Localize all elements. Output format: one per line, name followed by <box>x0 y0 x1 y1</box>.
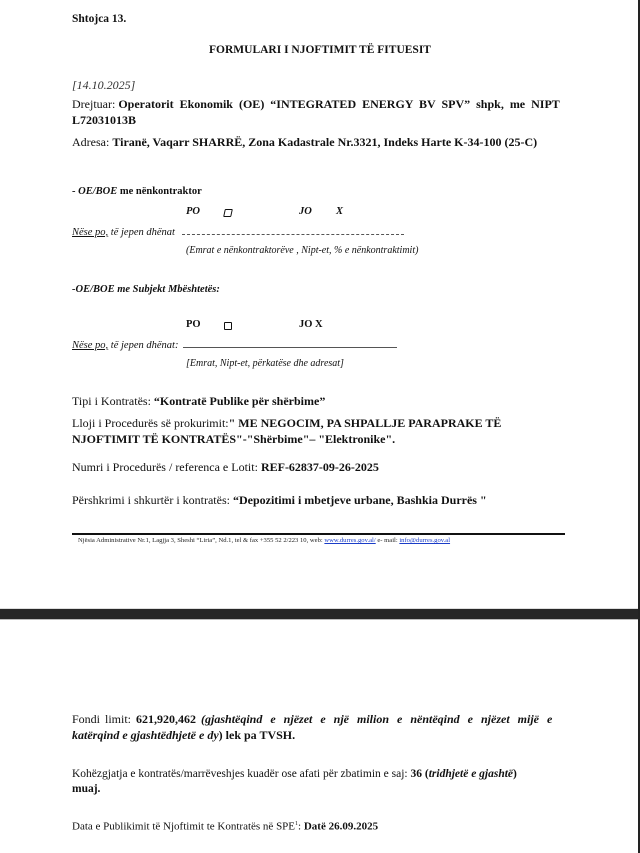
duration-value: 36 <box>410 768 422 780</box>
support-yes-checkbox[interactable] <box>224 318 232 333</box>
fund-limit: Fondi limit: 621,920,462 (gjashtëqind e … <box>72 712 564 727</box>
fund-limit-amount: 621,920,462 <box>136 712 196 726</box>
subcontractor-details-field[interactable] <box>182 224 404 235</box>
publication-date-value: Datë 26.09.2025 <box>304 821 378 833</box>
address-label: Adresa: <box>72 135 109 149</box>
procedure-ref-value: REF-62837-09-26-2025 <box>261 460 379 474</box>
fund-limit-cont: katërqind e gjashtëdhjetë e dy) lek pa T… <box>72 728 295 743</box>
subcontractor-no-mark: X <box>336 204 343 219</box>
contract-type-label: Tipi i Kontratës: <box>72 394 154 408</box>
duration-unit: muaj. <box>72 782 100 797</box>
publication-date: Data e Publikimit të Njoftimit te Kontra… <box>72 817 378 835</box>
procedure-ref-label: Numri i Procedurës / referenca e Lotit: <box>72 460 261 474</box>
duration-label: Kohëzgjatja e kontratës/marrëveshjes kua… <box>72 768 410 780</box>
footer-web-link[interactable]: www.durres.gov.al/ <box>324 537 375 544</box>
if-yes-underlined: Nëse po, <box>72 340 108 351</box>
footer-email-label: e- mail: <box>376 537 400 544</box>
support-hint: [Emrat, Nipt-et, përkatëse dhe adresat] <box>186 356 344 371</box>
subcontractor-if-yes: Nëse po, të jepen dhënat <box>72 224 404 240</box>
subcontractor-no-label: JO <box>299 204 312 219</box>
support-details-field[interactable] <box>183 337 397 348</box>
short-description-value: “Depozitimi i mbetjeve urbane, Bashkia D… <box>233 493 487 507</box>
procedure-type-value: " ME NEGOCIM, PA SHPALLJE PARAPRAKE TË <box>229 416 502 430</box>
heading-oe-boe: OE/BOE <box>78 186 117 197</box>
support-no-label: JO X <box>299 317 323 332</box>
subcontractor-heading: - OE/BOE me nënkontraktor <box>72 184 202 199</box>
fund-limit-words: (gjashtëqind e njëzet e një milion e nën… <box>201 712 552 726</box>
checkbox-empty-icon <box>223 209 233 217</box>
publication-date-label: Data e Publikimit të Njoftimit te Kontra… <box>72 821 295 833</box>
nipt-value: L72031013B <box>72 113 136 128</box>
subcontractor-hint: (Emrat e nënkontraktorëve , Nipt-et, % e… <box>186 243 418 258</box>
subcontractor-yes-label: PO <box>186 204 200 219</box>
checkbox-empty-icon <box>224 322 232 330</box>
if-yes-rest: të jepen dhënat: <box>108 340 178 351</box>
page-footer: Njësia Administrative Nr.1, Lagjja 3, Sh… <box>78 536 450 545</box>
if-yes-rest: të jepen dhënat <box>108 227 175 238</box>
short-description: Përshkrimi i shkurtër i kontratës: “Depo… <box>72 493 487 508</box>
document-title: FORMULARI I NJOFTIMIT TË FITUESIT <box>0 43 640 58</box>
procedure-type: Lloji i Procedurës së prokurimit:" ME NE… <box>72 416 501 431</box>
addressed-to-value: Operatorit Ekonomik (OE) “INTEGRATED ENE… <box>118 97 560 111</box>
fund-limit-label: Fondi limit: <box>72 712 136 726</box>
if-yes-underlined: Nëse po, <box>72 227 108 238</box>
document-page-2: Fondi limit: 621,920,462 (gjashtëqind e … <box>0 620 638 853</box>
support-if-yes: Nëse po, të jepen dhënat: <box>72 337 397 353</box>
heading-rest: me nënkontraktor <box>117 186 202 197</box>
addressed-to-label: Drejtuar: <box>72 97 115 111</box>
footer-email-link[interactable]: info@durres.gov.al <box>399 537 450 544</box>
procedure-type-value-cont: NJOFTIMIT TË KONTRATËS"-"Shërbime"– "Ele… <box>72 432 395 447</box>
subcontractor-yes-checkbox[interactable] <box>224 205 232 220</box>
footer-divider <box>72 533 565 535</box>
addressed-to: Drejtuar: Operatorit Ekonomik (OE) “INTE… <box>72 97 564 112</box>
support-heading: -OE/BOE me Subjekt Mbështetës: <box>72 282 220 297</box>
address-value: Tiranë, Vaqarr SHARRË, Zona Kadastrale N… <box>112 135 537 149</box>
notice-date: [14.10.2025] <box>72 78 135 93</box>
fund-limit-suffix: ) lek pa TVSH. <box>219 728 295 742</box>
short-description-label: Përshkrimi i shkurtër i kontratës: <box>72 493 233 507</box>
contract-type: Tipi i Kontratës: “Kontratë Publike për … <box>72 394 325 409</box>
fund-limit-words-cont: katërqind e gjashtëdhjetë e dy <box>72 728 219 742</box>
duration-words: tridhjetë e gjashtë <box>429 768 513 780</box>
duration: Kohëzgjatja e kontratës/marrëveshjes kua… <box>72 767 517 782</box>
procedure-type-label: Lloji i Procedurës së prokurimit: <box>72 416 229 430</box>
address: Adresa: Tiranë, Vaqarr SHARRË, Zona Kada… <box>72 135 537 150</box>
procedure-ref: Numri i Procedurës / referenca e Lotit: … <box>72 460 379 475</box>
contract-type-value: “Kontratë Publike për shërbime” <box>154 394 325 408</box>
document-page-1: Shtojca 13. FORMULARI I NJOFTIMIT TË FIT… <box>0 0 638 608</box>
annex-label: Shtojca 13. <box>72 12 126 27</box>
footer-address: Njësia Administrative Nr.1, Lagjja 3, Sh… <box>78 537 324 544</box>
support-yes-label: PO <box>186 317 201 332</box>
page-separator <box>0 608 640 620</box>
